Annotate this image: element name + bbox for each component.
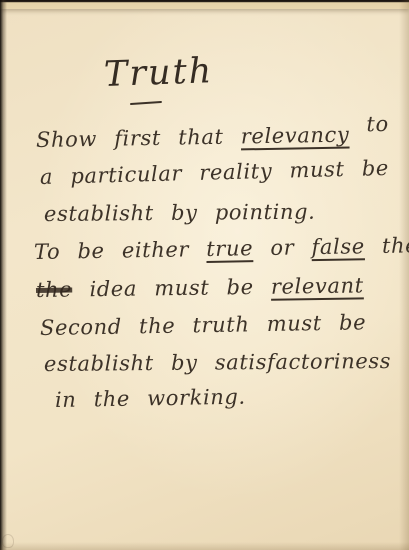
text-segment: the [365, 233, 409, 258]
page-right-edge [399, 0, 409, 550]
paper-smudge [2, 534, 14, 548]
text-segment: in the working. [55, 385, 246, 412]
underlined-word: false [311, 234, 365, 259]
manuscript-page: Truth Show first that relevancy to a par… [0, 0, 409, 550]
text-segment: To be either [34, 237, 207, 264]
underlined-word: relevancy [241, 123, 350, 149]
text-segment: Second the truth must be [40, 310, 367, 340]
page-title: Truth [103, 51, 214, 95]
text-segment: idea must be [72, 275, 271, 302]
text-segment: or [253, 235, 312, 260]
manuscript-line: Second the truth must be [40, 310, 367, 340]
page-bottom-edge [0, 542, 409, 550]
manuscript-line: establisht by satisfactoriness [44, 349, 391, 376]
raised-word: to [366, 112, 389, 136]
page-left-edge [0, 0, 7, 550]
manuscript-line: the idea must be relevant [36, 273, 364, 302]
text-segment: a particular reality must be [40, 156, 390, 189]
manuscript-line: Show first that relevancy to [36, 122, 389, 152]
text-segment: establisht by satisfactoriness [44, 349, 391, 376]
text-segment: Show first that [36, 124, 241, 152]
manuscript-line: establisht by pointing. [44, 200, 316, 226]
page-top-edge [0, 0, 409, 9]
underlined-word: relevant [271, 273, 364, 298]
struck-word: the [36, 277, 73, 302]
manuscript-line: a particular reality must be [40, 156, 390, 189]
underlined-word: true [206, 236, 253, 261]
text-segment: establisht by pointing. [44, 200, 316, 226]
manuscript-line: To be either true or false the [34, 233, 409, 264]
title-underline [130, 101, 162, 105]
text-segment [349, 122, 367, 146]
manuscript-line: in the working. [55, 385, 246, 412]
